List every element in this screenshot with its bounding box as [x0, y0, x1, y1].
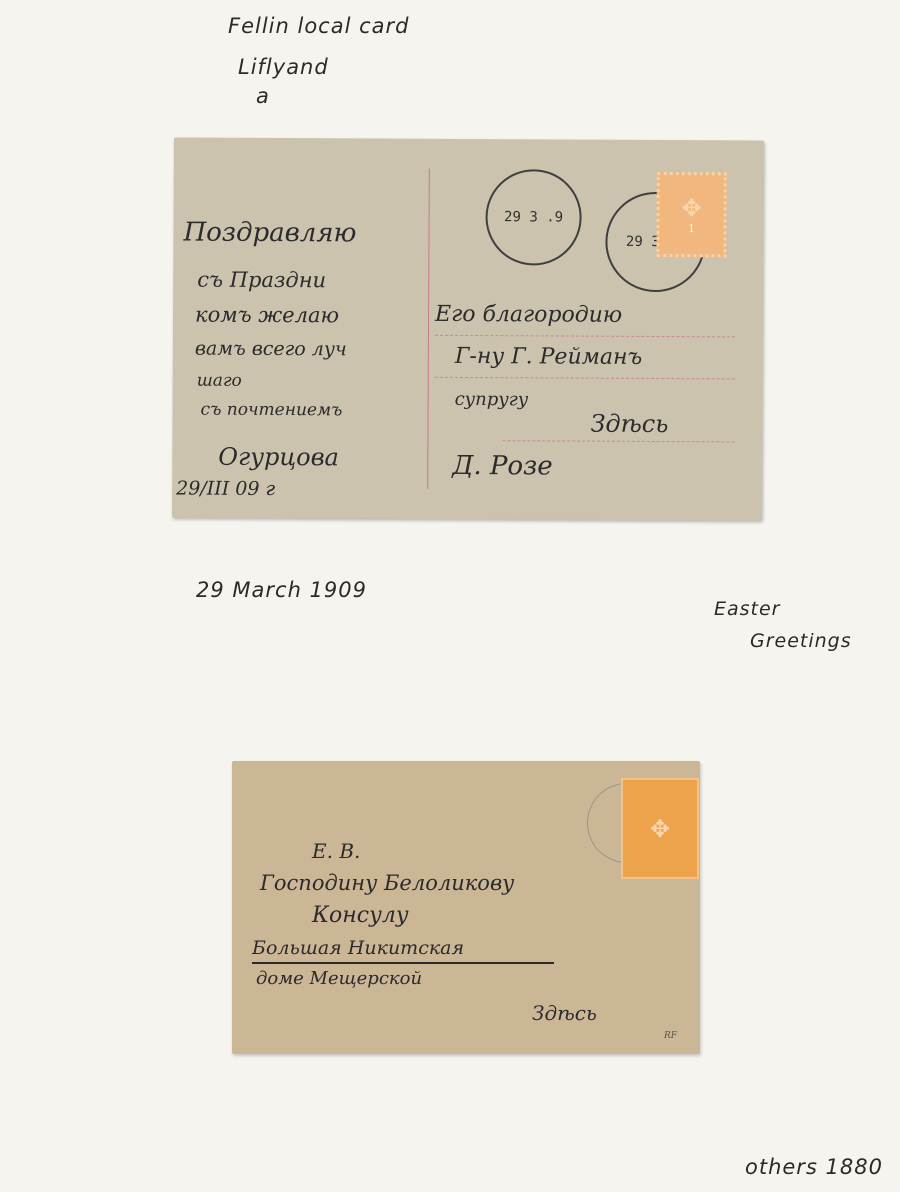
underline — [252, 962, 554, 964]
message-line: вамъ всего луч — [195, 338, 347, 361]
date-note: 29 March 1909 — [196, 578, 367, 602]
message-line: комъ желаю — [195, 303, 339, 328]
address-line: супругу — [455, 389, 529, 410]
address-line: Большая Никитская — [252, 937, 464, 959]
corner-mark: RF — [664, 1031, 677, 1041]
message-line: Поздравляю — [183, 218, 356, 249]
address-line: Здѣсь — [590, 410, 668, 438]
message-line: съ Праздни — [197, 268, 326, 293]
stamp-value: 1 — [688, 222, 695, 235]
address-line: Его благородию — [435, 302, 622, 328]
handwritten-date: 29/III 09 г — [176, 477, 275, 500]
address-line: Господину Белоликову — [260, 871, 514, 895]
address-line: доме Мещерской — [256, 968, 422, 989]
postmark: 29 3 .9 — [485, 169, 582, 266]
address-line: Г-ну Г. Рейманъ — [455, 344, 642, 370]
cover: Е. В. Господину Белоликову Консулу Больш… — [232, 761, 700, 1054]
eagle-emblem-icon: ✥ — [682, 194, 702, 222]
address-rule — [502, 440, 734, 443]
postcard: Поздравляю съ Праздни комъ желаю вамъ вс… — [172, 137, 764, 520]
region-note: Liflyand — [238, 55, 329, 79]
footer-note: others 1880 — [745, 1155, 883, 1179]
title-note: Fellin local card — [228, 14, 409, 38]
address-line: Здѣсь — [532, 1001, 597, 1025]
address-line: Е. В. — [312, 839, 360, 863]
sender-line: Д. Розе — [452, 451, 553, 482]
postage-stamp: ✥ 1 — [656, 172, 726, 257]
message-line: шаго — [197, 371, 242, 391]
address-rule — [435, 377, 735, 381]
address-line: Консулу — [312, 903, 409, 928]
postage-stamp: ✥ — [621, 778, 699, 879]
card-divider — [427, 169, 430, 489]
occasion-note: Greetings — [750, 630, 852, 652]
eagle-emblem-icon: ✥ — [650, 815, 670, 843]
address-rule — [435, 335, 735, 339]
message-line: съ почтениемъ — [201, 400, 343, 421]
variant-note: a — [256, 84, 270, 108]
postmark-date: 29 3 .9 — [504, 209, 563, 225]
signature: Огурцова — [218, 443, 339, 472]
occasion-note: Easter — [714, 598, 781, 620]
